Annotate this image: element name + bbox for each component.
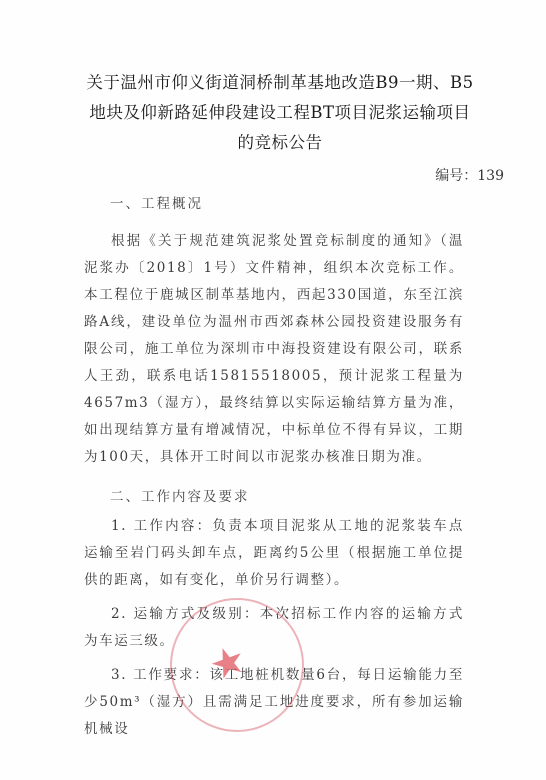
section-1-heading: 一、工程概况 [110,192,203,212]
document-page: 关于温州市仰义街道洞桥制革基地改造B9一期、B5 地块及仰新路延伸段建设工程BT… [0,0,546,780]
document-title: 关于温州市仰义街道洞桥制革基地改造B9一期、B5 地块及仰新路延伸段建设工程BT… [70,68,490,158]
title-line-2: 地块及仰新路延伸段建设工程BT项目泥浆运输项目 [70,98,490,128]
document-number: 编号：139 [435,165,504,185]
section-1-paragraph: 根据《关于规范建筑泥浆处置竞标制度的通知》（温泥浆办〔2018〕1号）文件精神，… [84,228,464,471]
item-1-paragraph: 1. 工作内容：负责本项目泥浆从工地的泥浆装车点运输至岩门码头卸车点，距离约5公… [84,513,464,594]
title-line-1: 关于温州市仰义街道洞桥制革基地改造B9一期、B5 [70,68,490,98]
section-2-heading: 二、工作内容及要求 [110,485,250,505]
title-line-3: 的竞标公告 [70,128,490,158]
